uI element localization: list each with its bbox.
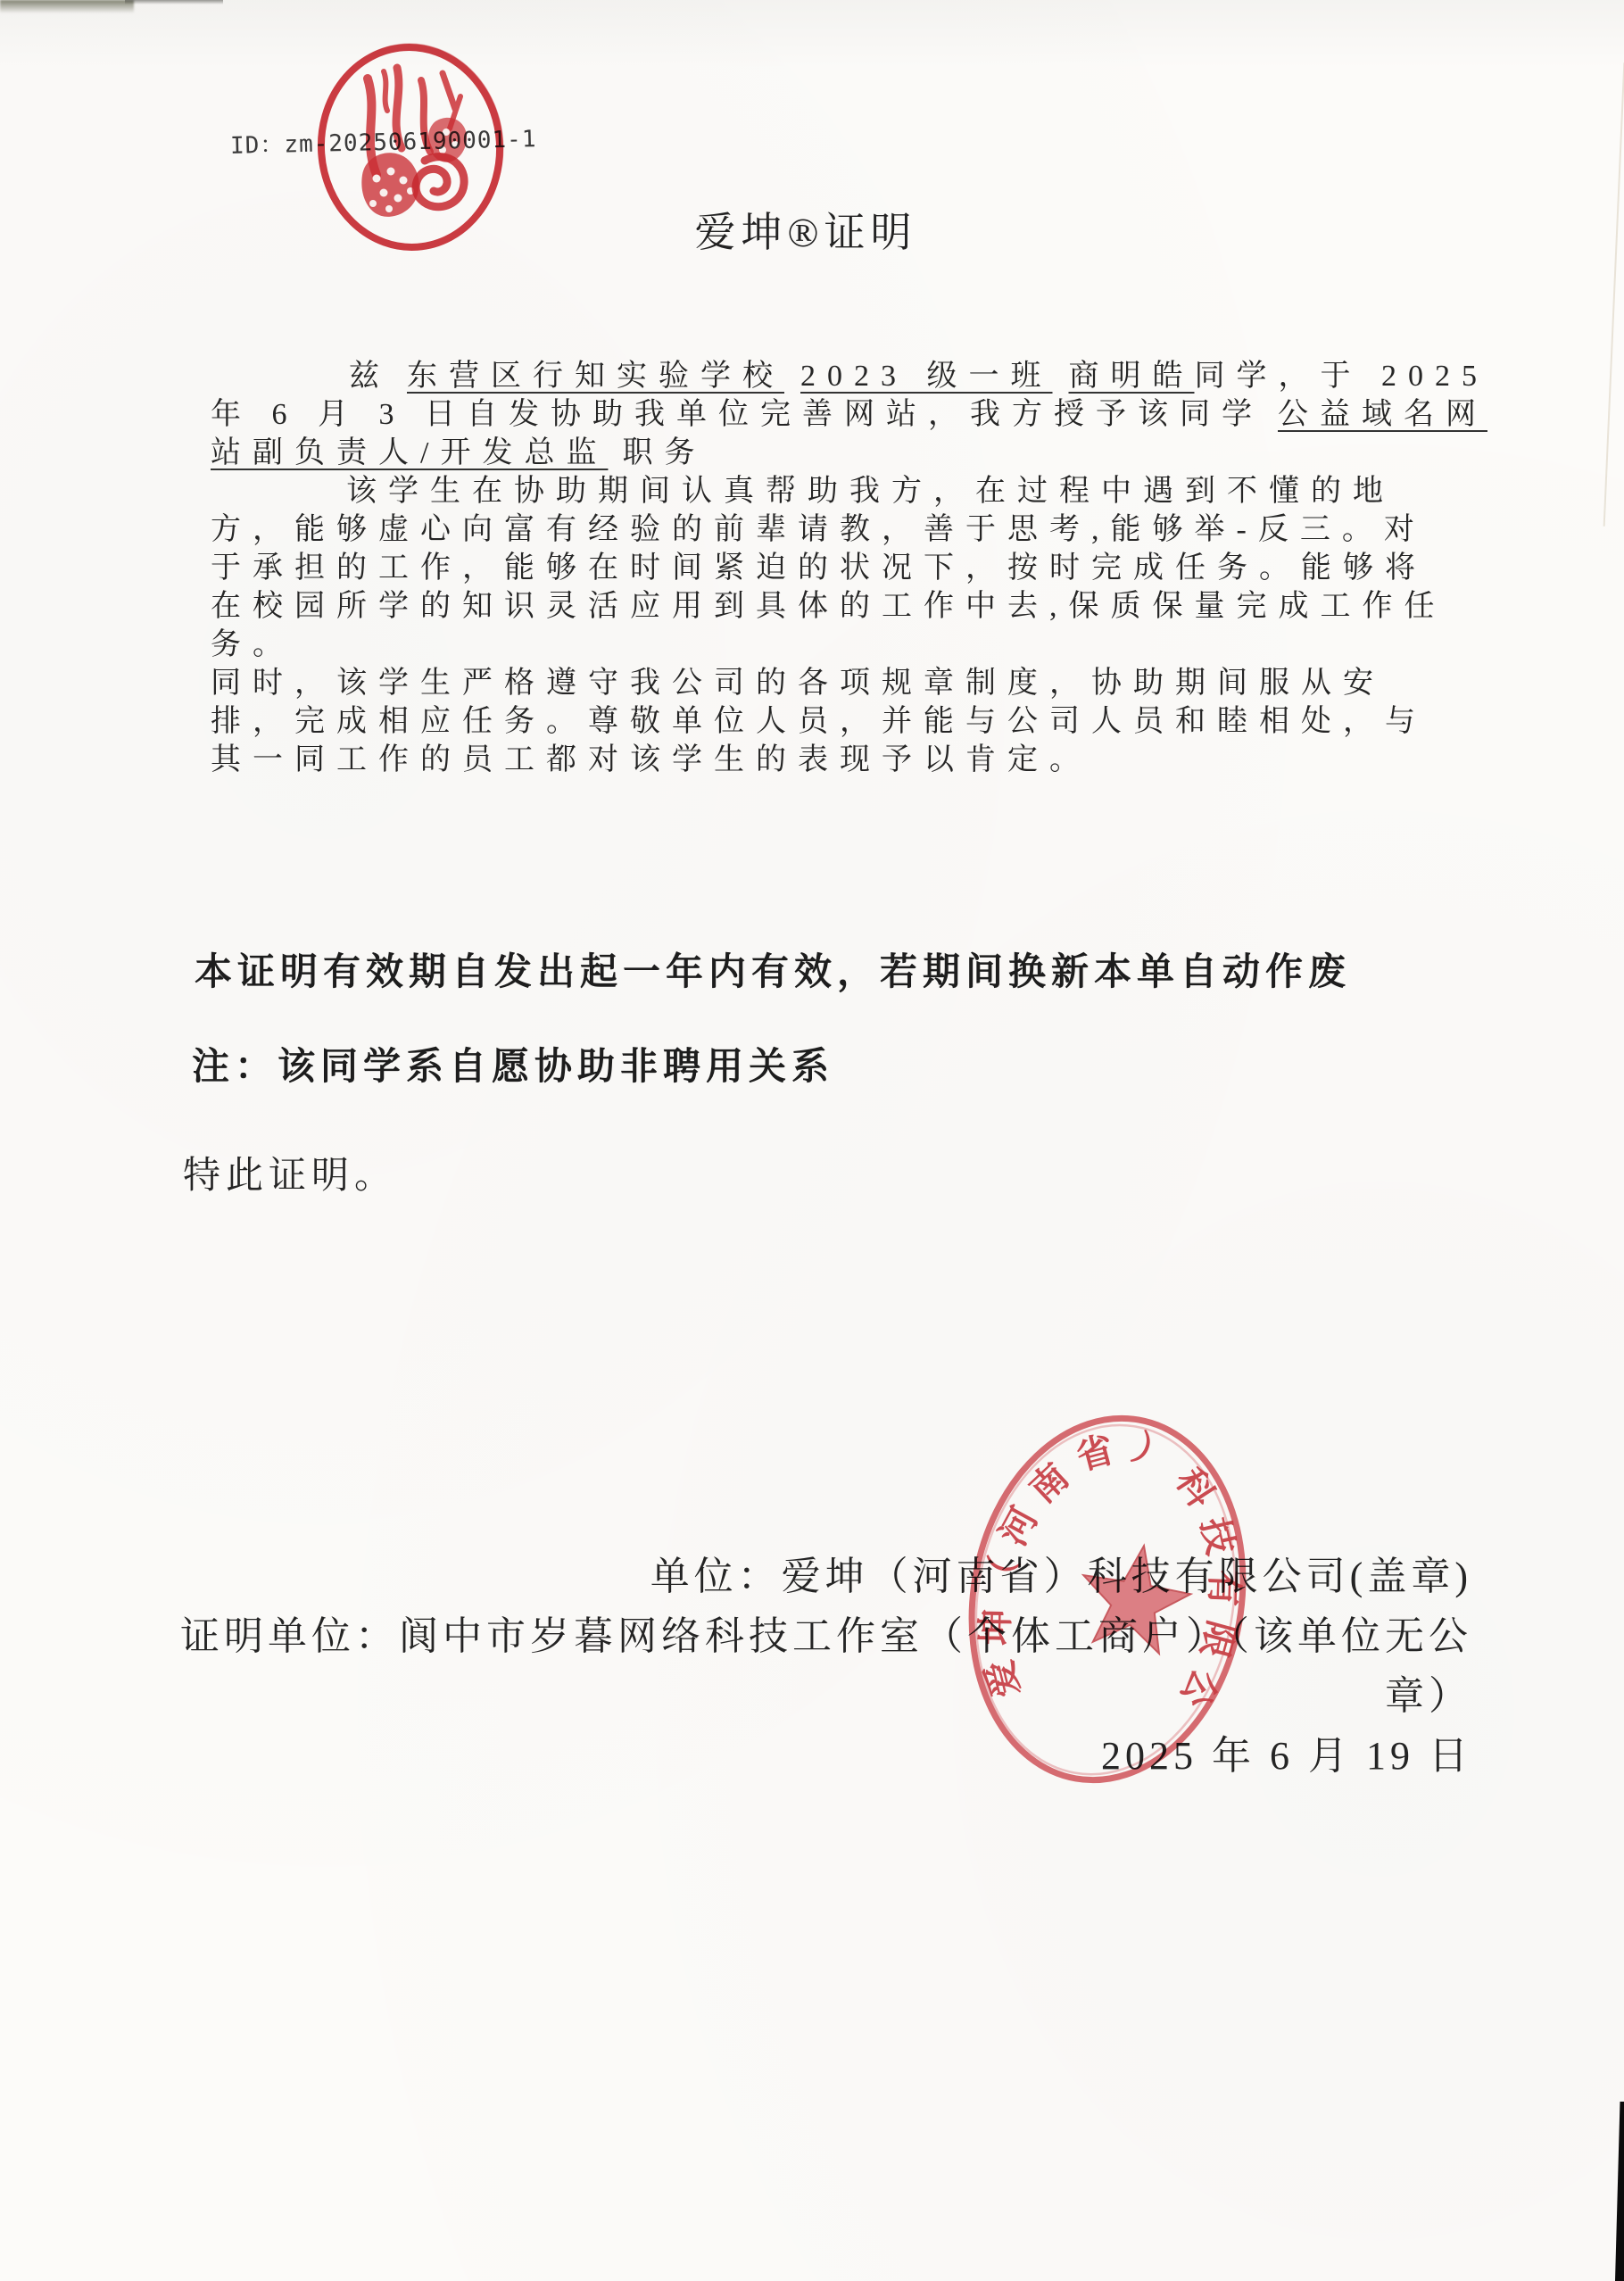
date-line: 2025 年 6 月 19 日	[116, 1726, 1472, 1786]
body-text: 同学，于 2025	[1195, 360, 1489, 393]
validity-note: 本证明有效期自发出起一年内有效，若期间换新本单自动作废	[195, 942, 1351, 996]
scan-artifact-top-left	[0, 0, 134, 13]
scanned-certificate-page: ID：zm-202506190001-1	[0, 0, 1624, 2281]
company-seal-star	[1073, 1537, 1197, 1657]
position-title-part2: 站副负责人/开发总监	[211, 436, 608, 469]
body-line: 于承担的工作，能够在时间紧迫的状况下，按时完成任务。能够将	[211, 549, 1481, 587]
position-title-part1: 公益域名网	[1278, 398, 1487, 431]
school-name: 东营区行知实验学校	[407, 360, 784, 393]
cert-unit-wrap: 章）	[116, 1666, 1472, 1726]
closing-statement: 特此证明。	[183, 1146, 397, 1199]
body-text: 职务	[622, 436, 706, 469]
body-line: 排，完成相应任务。尊敬单位人员，并能与公司人员和睦相处，与	[211, 702, 1481, 741]
class-name: 2023 级一班	[800, 360, 1053, 393]
body-line: 务。	[211, 626, 1481, 664]
body-text: 年 6 月 3 日自发协助我单位完善网站，我方授予该同学	[211, 398, 1264, 431]
body-line: 在校园所学的知识灵活应用到具体的工作中去,保质保量完成工作任	[211, 587, 1481, 626]
scan-artifact-right-edge	[1603, 62, 1624, 527]
body-line: 同时，该学生严格遵守我公司的各项规章制度，协助期间服从安	[211, 664, 1481, 702]
body-line: 兹东营区行知实验学校2023 级一班商明皓同学，于 2025	[211, 357, 1481, 395]
remark-note: 注：该同学系自愿协助非聘用关系	[192, 1037, 834, 1091]
scan-artifact-top-line	[125, 0, 223, 4]
cert-unit-line: 证明单位：阆中市岁暮网络科技工作室（个体工商户）（该单位无公	[116, 1606, 1472, 1666]
body-line: 该学生在协助期间认真帮助我方，在过程中遇到不懂的地	[211, 472, 1481, 510]
company-seal-icon: 爱坤（河南省）科技有限公司	[957, 1408, 1258, 1790]
body-line: 站副负责人/开发总监职务	[211, 434, 1481, 472]
document-title: 爱坤®证明	[0, 200, 1612, 259]
unit-line: 单位：爱坤（河南省）科技有限公司(盖章)	[116, 1547, 1472, 1606]
student-name: 商明皓	[1069, 360, 1195, 393]
body-line: 年 6 月 3 日自发协助我单位完善网站，我方授予该同学公益域名网	[211, 395, 1481, 434]
company-seal-arc-text: 爱坤（河南省）科技有限公司	[957, 1408, 1258, 1743]
signature-block: 单位：爱坤（河南省）科技有限公司(盖章) 证明单位：阆中市岁暮网络科技工作室（个…	[116, 1547, 1472, 1786]
body-line: 方，能够虚心向富有经验的前辈请教，善于思考,能够举-反三。对	[211, 510, 1481, 549]
certificate-body: 兹东营区行知实验学校2023 级一班商明皓同学，于 2025 年 6 月 3 日…	[211, 357, 1481, 779]
body-lead: 兹	[349, 360, 391, 393]
scan-artifact-bottom-right	[1615, 2102, 1624, 2281]
paper-shading	[0, 0, 1624, 2281]
body-line: 其一同工作的员工都对该学生的表现予以肯定。	[211, 741, 1481, 779]
